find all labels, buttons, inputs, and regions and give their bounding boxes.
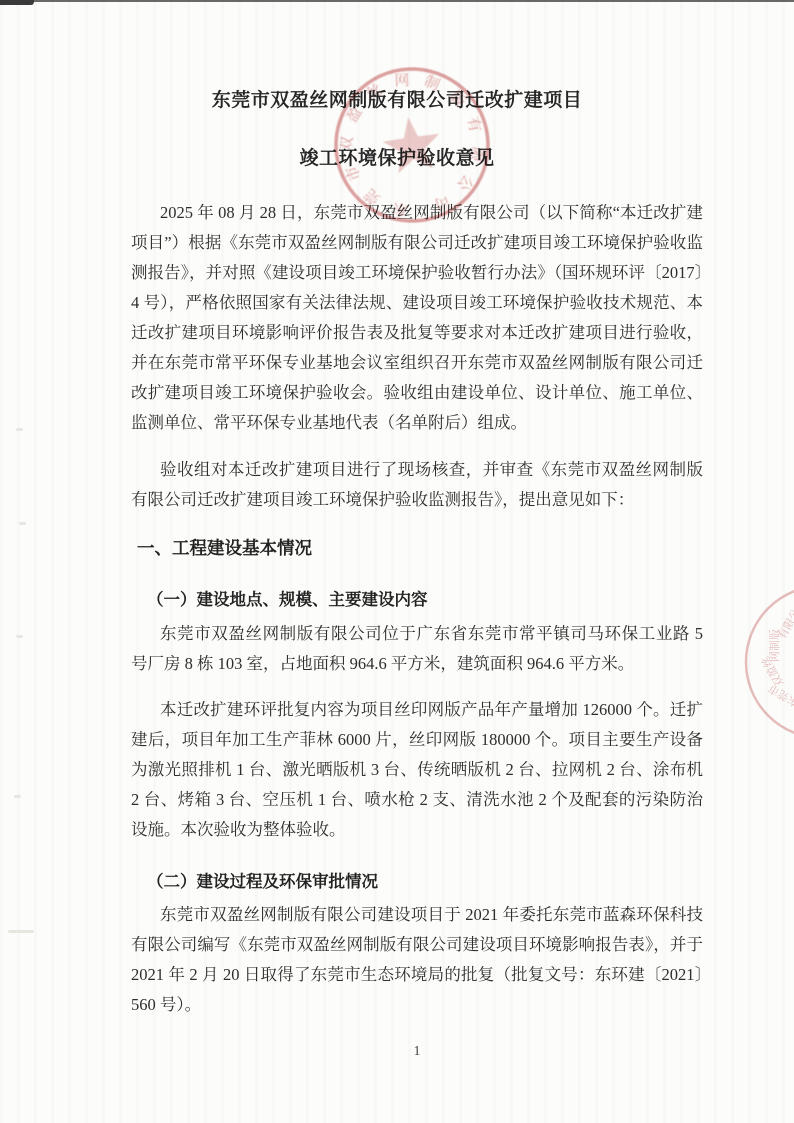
scan-speck — [16, 635, 23, 638]
side-seal-stamp: 东莞市 双盈丝 网制版 有限公 司 — [742, 582, 794, 742]
page-number: 1 — [131, 1043, 703, 1059]
section-1-1-heading: （一）建设地点、规模、主要建设内容 — [131, 587, 703, 613]
section-1-1-paragraph-1: 东莞市双盈丝网制版有限公司位于广东省东莞市常平镇司马环保工业路 5 号厂房 8 … — [131, 619, 703, 679]
section-1-heading: 一、工程建设基本情况 — [131, 535, 703, 561]
intro-paragraph-1: 2025 年 08 月 28 日，东莞市双盈丝网制版有限公司（以下简称“本迁改扩… — [131, 198, 703, 438]
scan-speck — [8, 930, 34, 933]
intro-paragraph-2: 验收组对本迁改扩建项目进行了现场核查，并审查《东莞市双盈丝网制版有限公司迁改扩建… — [131, 455, 703, 515]
scan-artifact-corner-mark — [0, 0, 34, 5]
scan-speck — [19, 522, 26, 525]
scanned-document-page: 东莞市双盈丝网制版有限公司 东莞市 双盈丝 网制版 有限公 司 东莞市双盈丝网制… — [0, 0, 794, 1123]
scan-speck — [14, 795, 21, 798]
company-seal-stamp: 东莞市双盈丝网制版有限公司 — [319, 52, 504, 237]
scan-speck — [16, 428, 23, 431]
side-seal-text: 有限公 — [775, 606, 794, 641]
section-1-2-heading: （二）建设过程及环保审批情况 — [131, 869, 703, 895]
section-1-2-paragraph-1: 东莞市双盈丝网制版有限公司建设项目于 2021 年委托东莞市蓝森环保科技有限公司… — [131, 900, 703, 1020]
seal-star-icon — [380, 113, 444, 175]
section-1-1-paragraph-2: 本迁改扩建环评批复内容为项目丝印网版产品年产量增加 126000 个。迁扩建后，… — [131, 695, 703, 845]
